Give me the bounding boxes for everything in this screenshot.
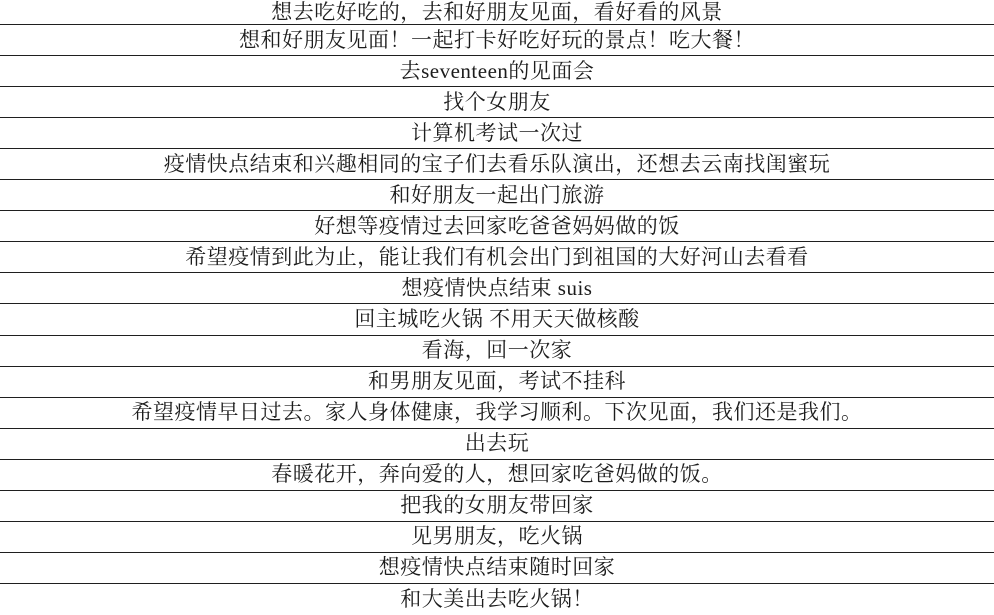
row-text: 和男朋友见面，考试不挂科: [368, 371, 626, 392]
row-text: 和大美出去吃火锅！: [400, 589, 594, 610]
row-text: 春暖花开，奔向爱的人，想回家吃爸妈做的饭。: [271, 464, 723, 485]
row-text: 计算机考试一次过: [411, 123, 583, 144]
row-text: 出去玩: [465, 433, 530, 454]
row-text: 想疫情快点结束 suis: [402, 278, 593, 299]
row-text: 想去吃好吃的，去和好朋友见面，看好看的风景: [271, 2, 723, 23]
table-row: 出去玩: [0, 429, 994, 460]
row-text: 疫情快点结束和兴趣相同的宝子们去看乐队演出，还想去云南找闺蜜玩: [164, 154, 831, 175]
table-row: 和男朋友见面，考试不挂科: [0, 367, 994, 398]
row-text: 把我的女朋友带回家: [400, 495, 594, 516]
table-row: 疫情快点结束和兴趣相同的宝子们去看乐队演出，还想去云南找闺蜜玩: [0, 149, 994, 180]
table-row: 想疫情快点结束随时回家: [0, 553, 994, 584]
row-text: 找个女朋友: [443, 92, 551, 113]
table-row: 春暖花开，奔向爱的人，想回家吃爸妈做的饭。: [0, 460, 994, 491]
table-row: 见男朋友，吃火锅: [0, 522, 994, 553]
table-row: 和大美出去吃火锅！: [0, 584, 994, 615]
table-row: 回主城吃火锅 不用天天做核酸: [0, 304, 994, 335]
table-row: 想和好朋友见面！一起打卡好吃好玩的景点！吃大餐！: [0, 25, 994, 56]
row-text: 回主城吃火锅 不用天天做核酸: [354, 309, 639, 330]
table-row: 把我的女朋友带回家: [0, 491, 994, 522]
table-row: 想去吃好吃的，去和好朋友见面，看好看的风景: [0, 0, 994, 25]
row-text: 见男朋友，吃火锅: [411, 526, 583, 547]
table-row: 去seventeen的见面会: [0, 56, 994, 87]
row-text: 希望疫情到此为止，能让我们有机会出门到祖国的大好河山去看看: [185, 247, 809, 268]
row-text: 想和好朋友见面！一起打卡好吃好玩的景点！吃大餐！: [239, 30, 755, 51]
table-row: 想疫情快点结束 suis: [0, 273, 994, 304]
table-row: 希望疫情到此为止，能让我们有机会出门到祖国的大好河山去看看: [0, 242, 994, 273]
table-row: 找个女朋友: [0, 87, 994, 118]
row-text: 和好朋友一起出门旅游: [390, 185, 605, 206]
table-row: 和好朋友一起出门旅游: [0, 180, 994, 211]
table-row: 计算机考试一次过: [0, 118, 994, 149]
row-text: 想疫情快点结束随时回家: [379, 557, 616, 578]
row-text: 希望疫情早日过去。家人身体健康，我学习顺利。下次见面，我们还是我们。: [132, 402, 863, 423]
table-row: 看海，回一次家: [0, 336, 994, 367]
row-text: 去seventeen的见面会: [400, 61, 595, 82]
table-row: 希望疫情早日过去。家人身体健康，我学习顺利。下次见面，我们还是我们。: [0, 398, 994, 429]
wish-list-table: 想去吃好吃的，去和好朋友见面，看好看的风景 想和好朋友见面！一起打卡好吃好玩的景…: [0, 0, 994, 615]
table-row: 好想等疫情过去回家吃爸爸妈妈做的饭: [0, 211, 994, 242]
row-text: 好想等疫情过去回家吃爸爸妈妈做的饭: [314, 216, 680, 237]
row-text: 看海，回一次家: [422, 340, 573, 361]
